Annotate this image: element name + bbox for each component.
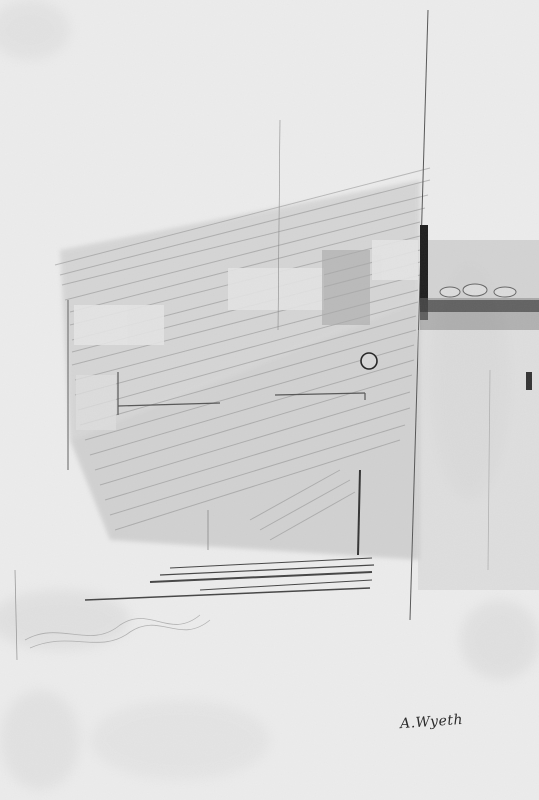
pencil-sketch: A.Wyeth [0,0,539,800]
sketch-drawing [0,0,539,800]
